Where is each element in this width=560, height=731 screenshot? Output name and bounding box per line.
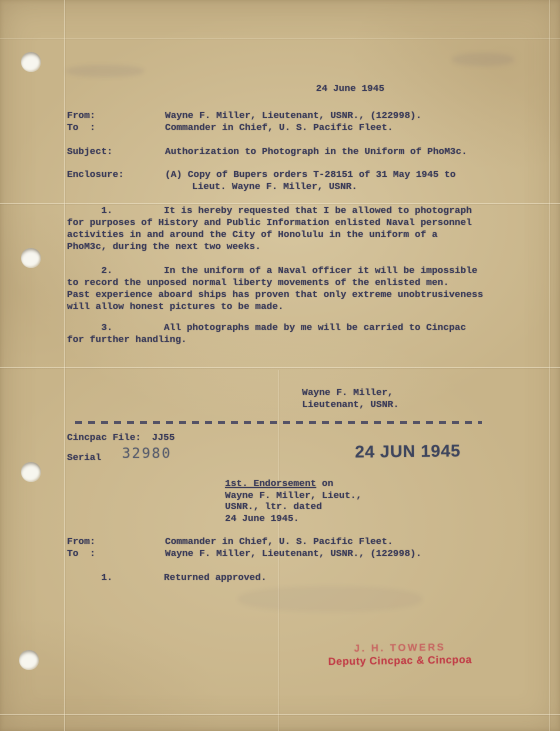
- signature-name: Wayne F. Miller,: [302, 387, 393, 399]
- from-value: Wayne F. Miller, Lieutenant, USNR., (122…: [165, 110, 422, 122]
- endorsement-to-label: To :: [67, 548, 96, 560]
- crease-line: [549, 0, 551, 731]
- signature-rank: Lieutenant, USNR.: [302, 399, 399, 411]
- to-value: Commander in Chief, U. S. Pacific Fleet.: [165, 122, 393, 134]
- cincpac-file-value: JJ55: [152, 432, 175, 444]
- endorsement-title: 1st. Endorsement: [225, 478, 316, 489]
- paragraph-line: 1. It is hereby requested that I be allo…: [67, 205, 472, 217]
- punch-hole: [21, 52, 41, 72]
- serial-number-stamp: 32980: [122, 446, 172, 462]
- bleed-through-smudge: [66, 65, 144, 77]
- paragraph-line: for purposes of History and Public Infor…: [67, 217, 472, 229]
- subject-label: Subject:: [67, 146, 113, 158]
- punch-hole: [21, 248, 41, 268]
- serial-label: Serial: [67, 452, 101, 464]
- from-label: From:: [67, 110, 96, 122]
- bleed-through-smudge: [452, 53, 514, 66]
- paragraph-line: PhoM3c, during the next two weeks.: [67, 241, 472, 253]
- stamp-signer-name: J. H. TOWERS: [325, 642, 475, 655]
- subject-value: Authorization to Photograph in the Unifo…: [165, 146, 467, 158]
- endorsement-heading-line1: 1st. Endorsement on: [225, 478, 362, 490]
- enclosure-label: Enclosure:: [67, 169, 124, 181]
- stamp-signer-title: Deputy Cincpac & Cincpoa: [325, 654, 475, 668]
- paragraph-line: activities in and around the City of Hon…: [67, 229, 472, 241]
- dashed-separator: [75, 421, 482, 424]
- paragraph-line: to record the unposed normal liberty mov…: [67, 277, 483, 289]
- endorsement-title-rest: on: [316, 478, 333, 489]
- endorsement-from-label: From:: [67, 536, 96, 548]
- enclosure-value-line1: (A) Copy of Bupers orders T-28151 of 31 …: [165, 169, 456, 181]
- bleed-through-smudge: [238, 586, 422, 612]
- approval-stamp: J. H. TOWERS Deputy Cincpac & Cincpoa: [325, 642, 475, 668]
- to-label: To :: [67, 122, 96, 134]
- paragraph-line: for further handling.: [67, 334, 466, 346]
- crease-line: [64, 0, 66, 731]
- punch-hole: [19, 650, 39, 670]
- body-paragraph-3: 3. All photographs made by me will be ca…: [67, 322, 466, 346]
- enclosure-value-line2: Lieut. Wayne F. Miller, USNR.: [192, 181, 357, 193]
- paragraph-line: 2. In the uniform of a Naval officer it …: [67, 265, 483, 277]
- endorsement-heading-line2: Wayne F. Miller, Lieut.,: [225, 490, 362, 502]
- punch-hole: [21, 462, 41, 482]
- endorsement-heading-line4: 24 June 1945.: [225, 513, 362, 525]
- endorsement-approval-line: 1. Returned approved.: [67, 572, 267, 584]
- paragraph-line: will allow honest pictures to be made.: [67, 301, 483, 313]
- crease-line: [0, 38, 560, 40]
- endorsement-from-value: Commander in Chief, U. S. Pacific Fleet.: [165, 536, 393, 548]
- document-page: 24 June 1945 From: Wayne F. Miller, Lieu…: [0, 0, 560, 731]
- endorsement-heading-line3: USNR., ltr. dated: [225, 501, 362, 513]
- body-paragraph-1: 1. It is hereby requested that I be allo…: [67, 205, 472, 253]
- paragraph-line: Past experience aboard ships has proven …: [67, 289, 483, 301]
- paragraph-line: 3. All photographs made by me will be ca…: [67, 322, 466, 334]
- received-date-stamp: 24 JUN 1945: [355, 441, 461, 462]
- crease-line: [0, 367, 560, 369]
- body-paragraph-2: 2. In the uniform of a Naval officer it …: [67, 265, 483, 313]
- crease-line: [0, 714, 560, 716]
- cincpac-file-label: Cincpac File:: [67, 432, 141, 444]
- endorsement-heading: 1st. Endorsement onWayne F. Miller, Lieu…: [225, 478, 362, 525]
- letter-date: 24 June 1945: [316, 83, 384, 95]
- endorsement-to-value: Wayne F. Miller, Lieutenant, USNR., (122…: [165, 548, 422, 560]
